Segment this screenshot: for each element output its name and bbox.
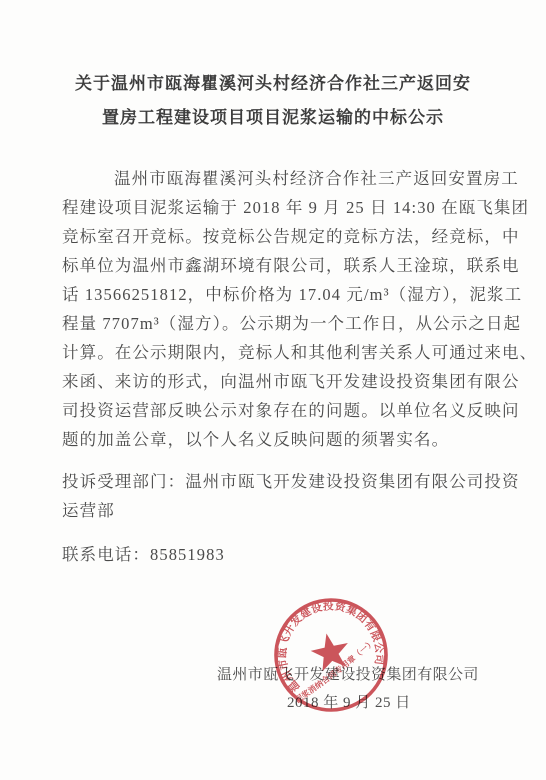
page-title: 关于温州市瓯海瞿溪河头村经济合作社三产返回安 置房工程建设项目项目泥浆运输的中标… — [40, 67, 506, 135]
complaint-section: 投诉受理部门：温州市瓯飞开发建设投资集团有限公司投资 运营部 — [62, 467, 506, 525]
body-line: 计算。在公示期限内，竞标人和其他利害关系人可通过来电、 — [62, 338, 506, 367]
complaint-line-1: 投诉受理部门：温州市瓯飞开发建设投资集团有限公司投资 — [62, 467, 506, 496]
body-line: 温州市瓯海瞿溪河头村经济合作社三产返回安置房工 — [62, 164, 506, 193]
body-line: 司投资运营部反映公示对象存在的问题。以单位名义反映问 — [62, 396, 506, 425]
body-line: 来函、来访的形式，向温州市瓯飞开发建设投资集团有限公 — [62, 367, 506, 396]
body-line: 程量 7707m³（湿方）。公示期为一个工作日，从公示之日起 — [62, 309, 506, 338]
title-line-1: 关于温州市瓯海瞿溪河头村经济合作社三产返回安 — [40, 67, 506, 101]
complaint-line-2: 运营部 — [62, 496, 506, 525]
body-line: 题的加盖公章，以个人名义反映问题的须署实名。 — [62, 425, 506, 454]
title-line-2: 置房工程建设项目项目泥浆运输的中标公示 — [40, 101, 506, 135]
document-page: 关于温州市瓯海瞿溪河头村经济合作社三产返回安 置房工程建设项目项目泥浆运输的中标… — [0, 0, 546, 780]
body-line: 竞标室召开竞标。按竞标公告规定的竞标方法，经竞标，中 — [62, 222, 506, 251]
company-signature: 温州市瓯飞开发建设投资集团有限公司 — [217, 663, 479, 684]
body-line: 话 13566251812，中标价格为 17.04 元/m³（湿方），泥浆工 — [62, 280, 506, 309]
body-line: 程建设项目泥浆运输于 2018 年 9 月 25 日 14:30 在瓯飞集团 — [62, 193, 506, 222]
contact-phone-line: 联系电话：85851983 — [62, 541, 225, 565]
signature-date: 2018 年 9 月 25 日 — [287, 691, 411, 712]
body-line: 标单位为温州市鑫湖环境有限公司，联系人王淦琼，联系电 — [62, 251, 506, 280]
announcement-body: 温州市瓯海瞿溪河头村经济合作社三产返回安置房工 程建设项目泥浆运输于 2018 … — [62, 164, 506, 454]
